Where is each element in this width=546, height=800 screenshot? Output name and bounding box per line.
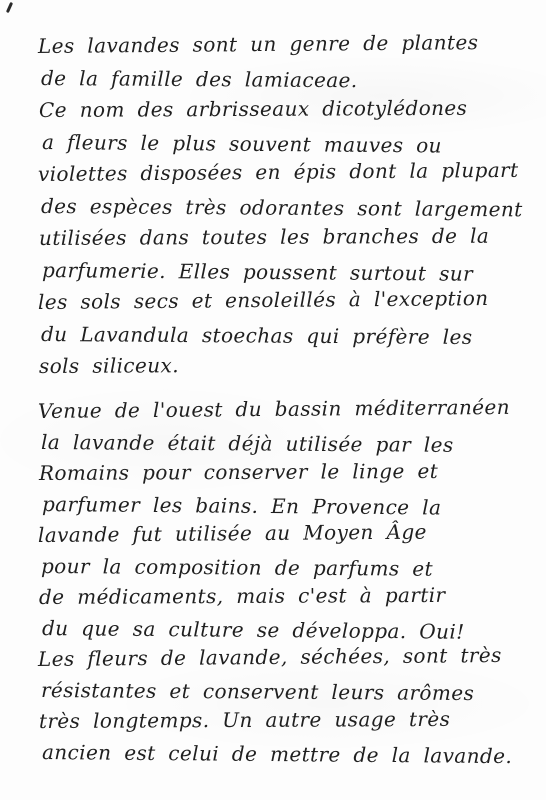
handwritten-line: lavande fut utilisée au Moyen Âge bbox=[38, 516, 528, 551]
handwritten-line: Ce nom des arbrisseaux dicotylédones bbox=[39, 91, 528, 126]
handwritten-line: utilisées dans toutes les branches de la bbox=[39, 219, 528, 254]
handwritten-line: Les fleurs de lavande, séchées, sont trè… bbox=[38, 640, 528, 675]
handwritten-line: Romains pour conserver le linge et bbox=[39, 455, 528, 489]
paragraph-block-2: Venue de l'ouest du bassin méditerranéen… bbox=[38, 396, 528, 768]
scan-artifact-mark bbox=[6, 2, 13, 13]
handwritten-line: ancien est celui de mettre de la lavande… bbox=[42, 737, 528, 772]
handwritten-line: très longtemps. Un autre usage très bbox=[39, 703, 528, 737]
handwritten-line: Venue de l'ouest du bassin méditerranéen bbox=[38, 392, 528, 427]
handwritten-line: sols siliceux. bbox=[39, 347, 528, 382]
handwritten-page: Les lavandes sont un genre de plantes de… bbox=[0, 0, 546, 800]
handwritten-line: violettes disposées en épis dont la plup… bbox=[38, 154, 528, 190]
handwritten-line: les sols secs et ensoleillés à l'excepti… bbox=[38, 282, 528, 318]
handwritten-line: de médicaments, mais c'est à partir bbox=[39, 579, 528, 613]
handwritten-line: Les lavandes sont un genre de plantes bbox=[38, 26, 528, 62]
paragraph-block-1: Les lavandes sont un genre de plantes de… bbox=[38, 30, 528, 382]
